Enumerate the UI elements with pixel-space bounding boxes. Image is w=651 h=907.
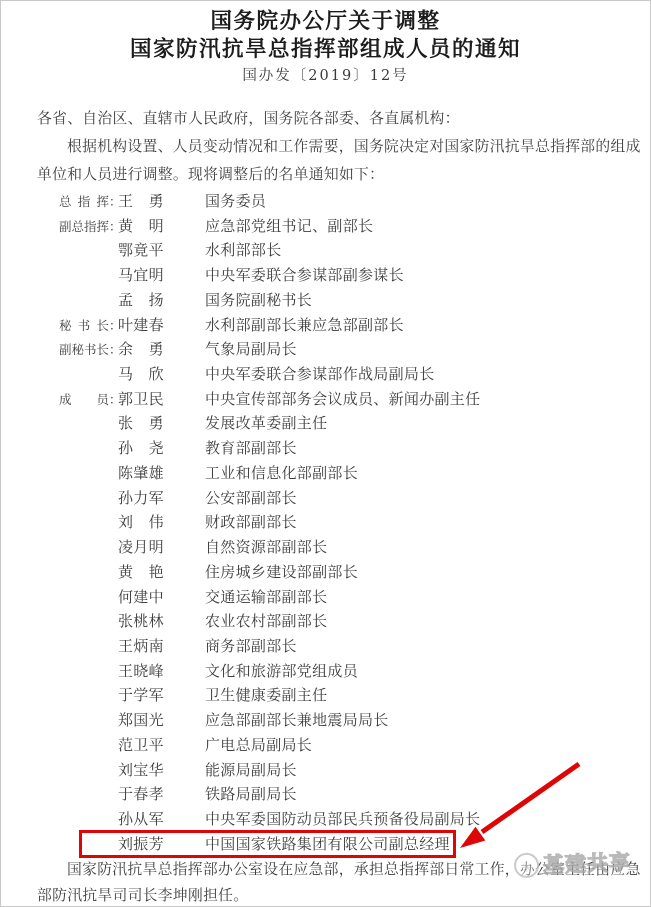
roster-row: 郑国光应急部副部长兼地震局局长 bbox=[37, 709, 634, 734]
member-role: 商务部副部长 bbox=[205, 635, 297, 660]
member-role: 水利部部长 bbox=[205, 239, 282, 264]
roster-row: 黄 艳住房城乡建设部副部长 bbox=[37, 561, 634, 586]
member-name: 马宜明 bbox=[118, 264, 205, 289]
roster-row: 何建中交通运输部副部长 bbox=[37, 586, 634, 611]
roster-row: 总指挥：王 勇国务委员 bbox=[37, 190, 634, 215]
roster-row: 陈肇雄工业和信息化部副部长 bbox=[37, 462, 634, 487]
member-name: 郭卫民 bbox=[118, 388, 205, 413]
member-role: 广电总局副局长 bbox=[205, 734, 312, 759]
roster-row: 副秘书长：余 勇气象局副局长 bbox=[37, 338, 634, 363]
roster-role-label: 副秘书长 bbox=[59, 338, 109, 363]
member-name: 张桃林 bbox=[118, 610, 205, 635]
member-role: 应急部副部长兼地震局局长 bbox=[205, 709, 389, 734]
roster-role-label: 副总指挥 bbox=[59, 215, 109, 240]
roster-label-colon: ： bbox=[109, 314, 118, 339]
roster-row: 马 欣中央军委联合参谋部作战局副局长 bbox=[37, 363, 634, 388]
member-role: 水利部副部长兼应急部副部长 bbox=[205, 314, 404, 339]
roster-row: 范卫平广电总局副局长 bbox=[37, 734, 634, 759]
member-name: 王 勇 bbox=[118, 190, 205, 215]
intro-paragraph-line2: 单位和人员进行调整。现将调整后的名单通知如下： bbox=[37, 165, 384, 185]
roster-role-label: 秘书长 bbox=[59, 314, 109, 339]
member-role: 铁路局副局长 bbox=[205, 783, 297, 808]
member-role: 财政部副部长 bbox=[205, 511, 297, 536]
member-role: 中央军委联合参谋部副参谋长 bbox=[205, 264, 404, 289]
member-role: 中国国家铁路集团有限公司副总经理 bbox=[205, 833, 450, 858]
salutation-line: 各省、自治区、直辖市人民政府，国务院各部委、各直属机构： bbox=[37, 109, 460, 129]
member-role: 住房城乡建设部副部长 bbox=[205, 561, 358, 586]
member-name: 孙力军 bbox=[118, 487, 205, 512]
intro-paragraph-line1: 根据机构设置、人员变动情况和工作需要，国务院决定对国家防汛抗旱总指挥部的组成 bbox=[67, 137, 641, 157]
member-role: 自然资源部副部长 bbox=[205, 536, 327, 561]
roster-row: 孙 尧教育部副部长 bbox=[37, 437, 634, 462]
roster-row: 副总指挥：黄 明应急部党组书记、副部长 bbox=[37, 215, 634, 240]
roster-role-label: 成员 bbox=[59, 388, 109, 413]
document-page: 国务院办公厅关于调整 国家防汛抗旱总指挥部组成人员的通知 国办发〔2019〕12… bbox=[0, 0, 651, 907]
roster-row: 王炳南商务部副部长 bbox=[37, 635, 634, 660]
roster-row: 张桃林农业农村部副部长 bbox=[37, 610, 634, 635]
roster-row: 王晓峰文化和旅游部党组成员 bbox=[37, 660, 634, 685]
member-role: 教育部副部长 bbox=[205, 437, 297, 462]
member-role: 中央宣传部部务会议成员、新闻办副主任 bbox=[205, 388, 480, 413]
member-name: 孙 尧 bbox=[118, 437, 205, 462]
roster-row: 凌月明自然资源部副部长 bbox=[37, 536, 634, 561]
member-role: 卫生健康委副主任 bbox=[205, 684, 327, 709]
member-role: 工业和信息化部副部长 bbox=[205, 462, 358, 487]
member-role: 国务委员 bbox=[205, 190, 266, 215]
member-name: 孙从军 bbox=[118, 808, 205, 833]
roster-row: 刘 伟财政部副部长 bbox=[37, 511, 634, 536]
roster-row: 刘宝华能源局副局长 bbox=[37, 759, 634, 784]
member-role: 农业农村部副部长 bbox=[205, 610, 327, 635]
document-title-line1: 国务院办公厅关于调整 bbox=[1, 8, 650, 34]
roster-row: 孙力军公安部副部长 bbox=[37, 487, 634, 512]
member-name: 于春孝 bbox=[118, 783, 205, 808]
roster-label-colon: ： bbox=[109, 190, 118, 215]
member-name: 范卫平 bbox=[118, 734, 205, 759]
member-roster: 总指挥：王 勇国务委员副总指挥：黄 明应急部党组书记、副部长鄂竟平水利部部长马宜… bbox=[37, 190, 634, 857]
member-name: 何建中 bbox=[118, 586, 205, 611]
member-role: 发展改革委副主任 bbox=[205, 412, 327, 437]
member-name: 刘宝华 bbox=[118, 759, 205, 784]
member-name: 刘振芳 bbox=[118, 833, 205, 858]
member-name: 鄂竟平 bbox=[118, 239, 205, 264]
roster-row: 成员：郭卫民中央宣传部部务会议成员、新闻办副主任 bbox=[37, 388, 634, 413]
roster-row: 秘书长：叶建春水利部副部长兼应急部副部长 bbox=[37, 314, 634, 339]
member-name: 刘 伟 bbox=[118, 511, 205, 536]
closing-paragraph-line1: 国家防汛抗旱总指挥部办公室设在应急部，承担总指挥部日常工作，办公室主任由应急 bbox=[67, 860, 641, 880]
member-name: 黄 艳 bbox=[118, 561, 205, 586]
member-role: 国务院副秘书长 bbox=[205, 289, 312, 314]
member-role: 气象局副局长 bbox=[205, 338, 297, 363]
roster-row: 孙从军中央军委国防动员部民兵预备役局副局长 bbox=[37, 808, 634, 833]
roster-row: 孟 扬国务院副秘书长 bbox=[37, 289, 634, 314]
roster-role-label: 总指挥 bbox=[59, 190, 109, 215]
member-name: 王晓峰 bbox=[118, 660, 205, 685]
roster-label-colon: ： bbox=[109, 215, 118, 240]
roster-row: 刘振芳中国国家铁路集团有限公司副总经理 bbox=[37, 833, 634, 858]
member-role: 中央军委国防动员部民兵预备役局副局长 bbox=[205, 808, 480, 833]
roster-row: 鄂竟平水利部部长 bbox=[37, 239, 634, 264]
roster-label-colon: ： bbox=[109, 338, 118, 363]
member-name: 于学军 bbox=[118, 684, 205, 709]
member-name: 张 勇 bbox=[118, 412, 205, 437]
member-role: 应急部党组书记、副部长 bbox=[205, 215, 373, 240]
roster-label-colon: ： bbox=[109, 388, 118, 413]
member-role: 文化和旅游部党组成员 bbox=[205, 660, 358, 685]
member-role: 能源局副局长 bbox=[205, 759, 297, 784]
member-name: 王炳南 bbox=[118, 635, 205, 660]
document-number: 国办发〔2019〕12号 bbox=[1, 64, 650, 85]
member-name: 马 欣 bbox=[118, 363, 205, 388]
member-name: 陈肇雄 bbox=[118, 462, 205, 487]
member-name: 孟 扬 bbox=[118, 289, 205, 314]
roster-row: 马宜明中央军委联合参谋部副参谋长 bbox=[37, 264, 634, 289]
member-role: 中央军委联合参谋部作战局副局长 bbox=[205, 363, 435, 388]
member-name: 叶建春 bbox=[118, 314, 205, 339]
member-role: 公安部副部长 bbox=[205, 487, 297, 512]
roster-row: 于学军卫生健康委副主任 bbox=[37, 684, 634, 709]
closing-paragraph-line2: 部防汛抗旱司司长李坤刚担任。 bbox=[37, 886, 248, 906]
roster-row: 张 勇发展改革委副主任 bbox=[37, 412, 634, 437]
roster-row: 于春孝铁路局副局长 bbox=[37, 783, 634, 808]
member-name: 黄 明 bbox=[118, 215, 205, 240]
member-role: 交通运输部副部长 bbox=[205, 586, 327, 611]
member-name: 余 勇 bbox=[118, 338, 205, 363]
member-name: 凌月明 bbox=[118, 536, 205, 561]
document-title-line2: 国家防汛抗旱总指挥部组成人员的通知 bbox=[1, 36, 650, 62]
member-name: 郑国光 bbox=[118, 709, 205, 734]
